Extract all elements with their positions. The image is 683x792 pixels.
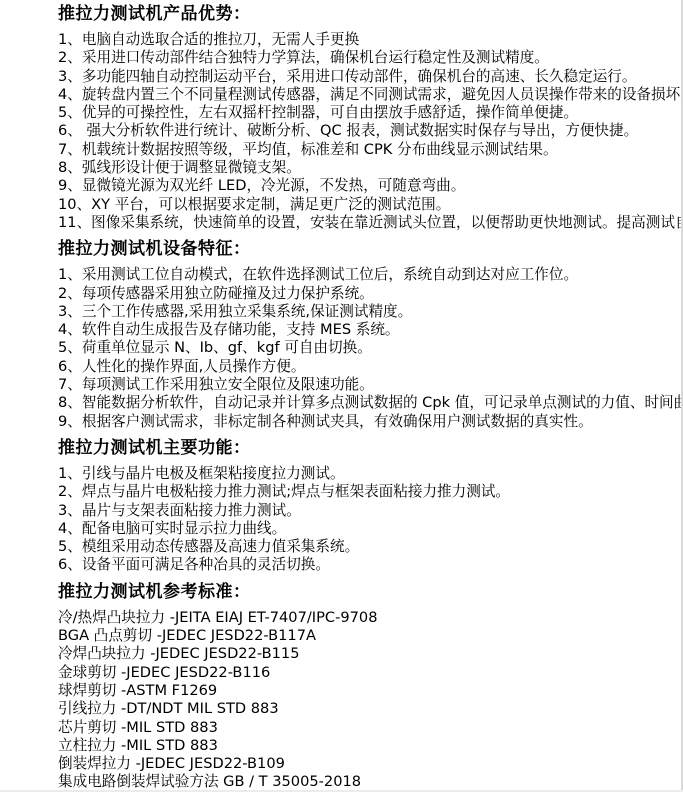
section-title: 推拉力测试机参考标准： bbox=[58, 581, 671, 603]
list-item: 立柱拉力 -MIL STD 883 bbox=[58, 737, 671, 755]
list-item: 金球剪切 -JEDEC JESD22-B116 bbox=[58, 664, 671, 682]
list-item: 芯片剪切 -MIL STD 883 bbox=[58, 719, 671, 737]
section-list: 1、采用测试工位自动模式，在软件选择测试工位后，系统自动到达对应工作位。2、每项… bbox=[58, 266, 671, 431]
list-item: 2、每项传感器采用独立防碰撞及过力保护系统。 bbox=[58, 285, 671, 303]
list-item: 1、采用测试工位自动模式，在软件选择测试工位后，系统自动到达对应工作位。 bbox=[58, 266, 671, 284]
list-item: 5、优异的可操控性，左右双摇杆控制器，可自由摆放手感舒适，操作简单便捷。 bbox=[58, 104, 671, 122]
section-list: 1、电脑自动选取合适的推拉刀，无需人手更换2、采用进口传动部件结合独特力学算法，… bbox=[58, 31, 671, 232]
list-item: 3、多功能四轴自动控制运动平台，采用进口传动部件，确保机台的高速、长久稳定运行。 bbox=[58, 68, 671, 86]
list-item: 11、图像采集系统，快速简单的设置，安装在靠近测试头位置，以便帮助更快地测试。提… bbox=[58, 214, 671, 232]
list-item: 10、XY 平台，可以根据要求定制，满足更广泛的测试范围。 bbox=[58, 196, 671, 214]
list-item: 7、每项测试工作采用独立安全限位及限速功能。 bbox=[58, 376, 671, 394]
list-item: 8、智能数据分析软件，自动记录并计算多点测试数据的 Cpk 值，可记录单点测试的… bbox=[58, 394, 671, 412]
list-item: 5、模组采用动态传感器及高速力值采集系统。 bbox=[58, 538, 671, 556]
section-title: 推拉力测试机设备特征： bbox=[58, 238, 671, 260]
list-item: 5、荷重单位显示 N、Ib、gf、kgf 可自由切换。 bbox=[58, 339, 671, 357]
list-item: 6、 强大分析软件进行统计、破断分析、QC 报表，测试数据实时保存与导出，方便快… bbox=[58, 122, 671, 140]
list-item: 2、采用进口传动部件结合独特力学算法，确保机台运行稳定性及测试精度。 bbox=[58, 49, 671, 67]
list-item: 6、人性化的操作界面,人员操作方便。 bbox=[58, 358, 671, 376]
list-item: 引线拉力 -DT/NDT MIL STD 883 bbox=[58, 700, 671, 718]
list-item: 9、根据客户测试需求，非标定制各种测试夹具，有效确保用户测试数据的真实性。 bbox=[58, 413, 671, 431]
list-item: 1、电脑自动选取合适的推拉刀，无需人手更换 bbox=[58, 31, 671, 49]
list-item: 4、配备电脑可实时显示拉力曲线。 bbox=[58, 520, 671, 538]
list-item: 4、软件自动生成报告及存储功能，支持 MES 系统。 bbox=[58, 321, 671, 339]
list-item: 冷焊凸块拉力 -JEDEC JESD22-B115 bbox=[58, 645, 671, 663]
section-title: 推拉力测试机产品优势： bbox=[58, 3, 671, 25]
list-item: 1、引线与晶片电极及框架粘接度拉力测试。 bbox=[58, 465, 671, 483]
list-item: 7、机载统计数据按照等级，平均值，标准差和 CPK 分布曲线显示测试结果。 bbox=[58, 141, 671, 159]
list-item: 9、显微镜光源为双光纤 LED，冷光源，不发热，可随意弯曲。 bbox=[58, 177, 671, 195]
list-item: 冷/热焊凸块拉力 -JEITA EIAJ ET-7407/IPC-9708 bbox=[58, 609, 671, 627]
list-item: 8、弧线形设计便于调整显微镜支架。 bbox=[58, 159, 671, 177]
list-item: 球焊剪切 -ASTM F1269 bbox=[58, 682, 671, 700]
section-list: 1、引线与晶片电极及框架粘接度拉力测试。2、焊点与晶片电极粘接力推力测试;焊点与… bbox=[58, 465, 671, 575]
list-item: 3、晶片与支架表面粘接力推力测试。 bbox=[58, 502, 671, 520]
list-item: 3、三个工作传感器,采用独立采集系统,保证测试精度。 bbox=[58, 303, 671, 321]
section-list: 冷/热焊凸块拉力 -JEITA EIAJ ET-7407/IPC-9708BGA… bbox=[58, 609, 671, 792]
list-item: 集成电路倒装焊试验方法 GB / T 35005-2018 bbox=[58, 773, 671, 791]
list-item: 2、焊点与晶片电极粘接力推力测试;焊点与框架表面粘接力推力测试。 bbox=[58, 483, 671, 501]
list-item: 4、旋转盘内置三个不同量程测试传感器，满足不同测试需求，避免因人员误操作带来的设… bbox=[58, 86, 671, 104]
list-item: 6、设备平面可满足各种冶具的灵活切换。 bbox=[58, 556, 671, 574]
document-body: 推拉力测试机产品优势：1、电脑自动选取合适的推拉刀，无需人手更换2、采用进口传动… bbox=[0, 0, 683, 792]
list-item: BGA 凸点剪切 -JEDEC JESD22-B117A bbox=[58, 627, 671, 645]
section-title: 推拉力测试机主要功能： bbox=[58, 437, 671, 459]
list-item: 倒装焊拉力 -JEDEC JESD22-B109 bbox=[58, 755, 671, 773]
